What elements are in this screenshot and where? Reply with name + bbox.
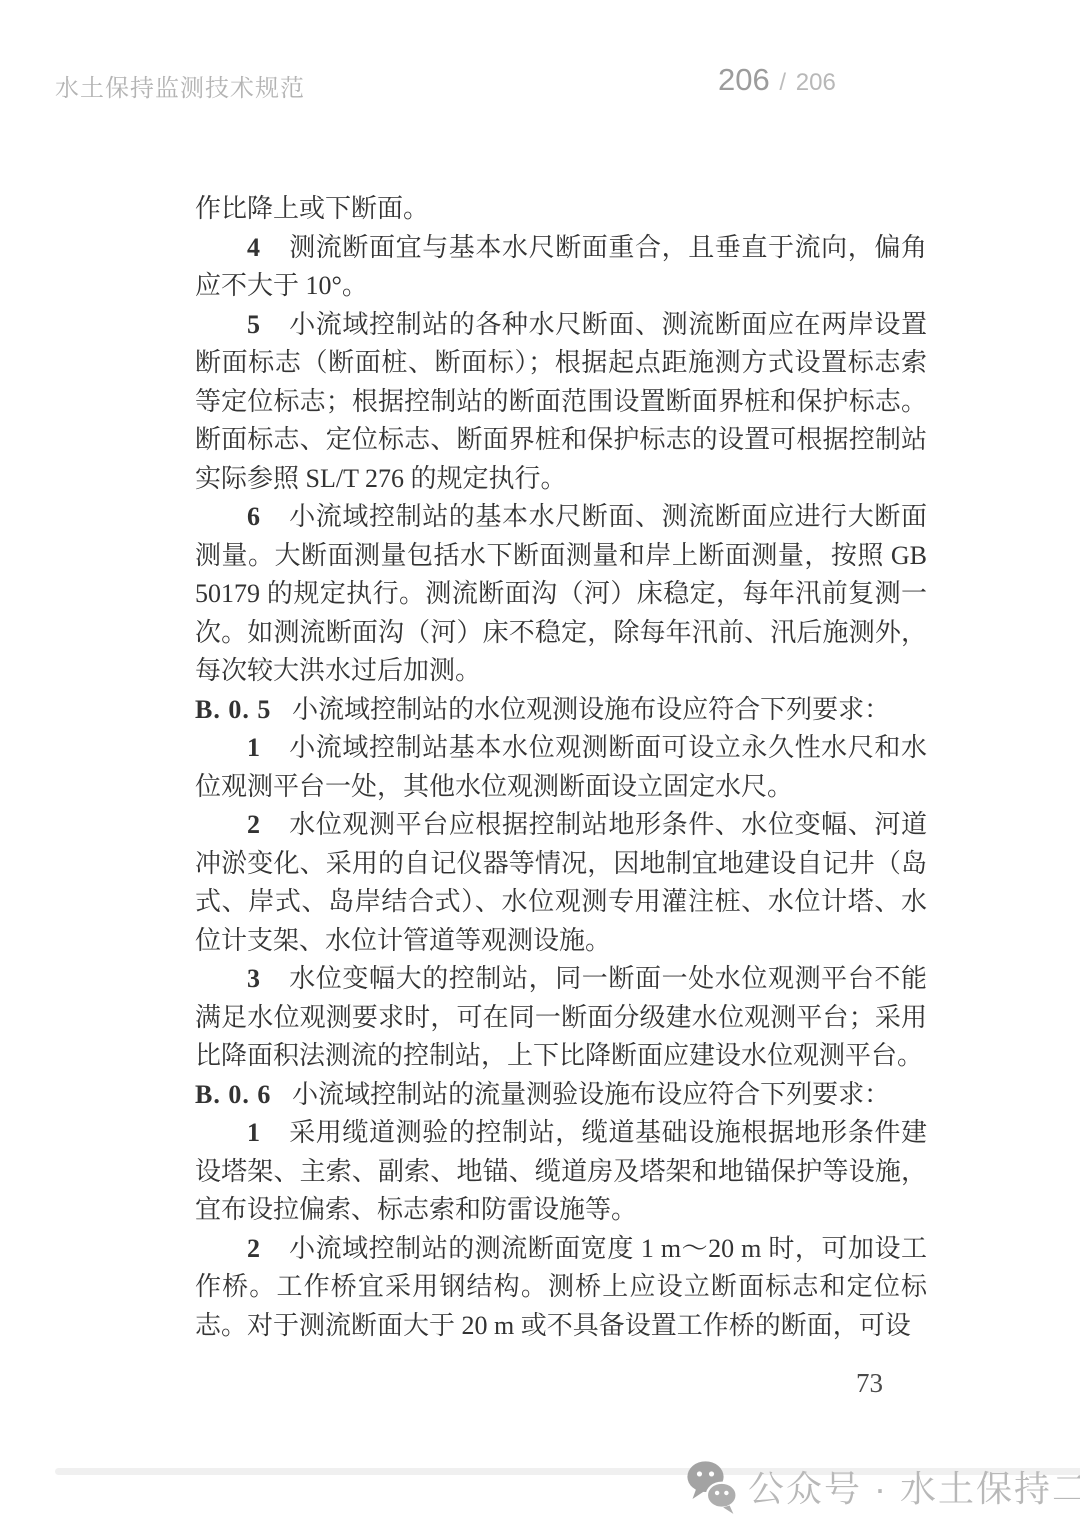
- total-page-count: 206: [796, 69, 836, 96]
- wechat-icon: [686, 1458, 738, 1514]
- item-number: 4: [247, 233, 260, 262]
- paragraph-text: 小流域控制站的流量测验设施布设应符合下列要求：: [292, 1080, 890, 1109]
- paragraph-text: 水位变幅大的控制站，同一断面一处水位观测平台不能满足水位观测要求时，可在同一断面…: [195, 964, 927, 1070]
- printed-page-number: 73: [856, 1368, 883, 1399]
- clause-number: B. 0. 5: [195, 695, 271, 724]
- item-number: 2: [247, 1234, 260, 1263]
- clause-number: B. 0. 6: [195, 1080, 271, 1109]
- item-number: 1: [247, 1118, 260, 1147]
- paragraph-text: 小流域控制站的水位观测设施布设应符合下列要求：: [292, 695, 890, 724]
- document-title: 水土保持监测技术规范: [55, 68, 305, 103]
- paragraph: 6小流域控制站的基本水尺断面、测流断面应进行大断面测量。大断面测量包括水下断面测…: [195, 498, 927, 691]
- item-number: 2: [247, 810, 260, 839]
- page-count-separator: /: [779, 69, 786, 96]
- paragraph-text: 小流域控制站的测流断面宽度 1 m～20 m 时，可加设工作桥。工作桥宜采用钢结…: [195, 1234, 927, 1340]
- paragraph-text: 小流域控制站的各种水尺断面、测流断面应在两岸设置断面标志（断面桩、断面标）；根据…: [195, 310, 927, 493]
- paragraph: 5小流域控制站的各种水尺断面、测流断面应在两岸设置断面标志（断面桩、断面标）；根…: [195, 306, 927, 499]
- paragraph-text: 作比降上或下断面。: [195, 194, 429, 223]
- paragraph: 1小流域控制站基本水位观测断面可设立永久性水尺和水位观测平台一处，其他水位观测断…: [195, 729, 927, 806]
- item-number: 5: [247, 310, 260, 339]
- clause-paragraph: B. 0. 6小流域控制站的流量测验设施布设应符合下列要求：: [195, 1076, 927, 1115]
- paragraph-text: 小流域控制站基本水位观测断面可设立永久性水尺和水位观测平台一处，其他水位观测断面…: [195, 733, 927, 801]
- reader-header: 水土保持监测技术规范 206 / 206: [0, 0, 1080, 120]
- paragraph: 1采用缆道测验的控制站，缆道基础设施根据地形条件建设塔架、主索、副索、地锚、缆道…: [195, 1114, 927, 1230]
- page-progress-indicator: 206 / 206: [718, 62, 836, 98]
- paragraph-text: 采用缆道测验的控制站，缆道基础设施根据地形条件建设塔架、主索、副索、地锚、缆道房…: [195, 1118, 927, 1224]
- paragraph: 2水位观测平台应根据控制站地形条件、水位变幅、河道冲淤变化、采用的自记仪器等情况…: [195, 806, 927, 960]
- paragraph: 作比降上或下断面。: [195, 190, 927, 229]
- paragraph-text: 测流断面宜与基本水尺断面重合，且垂直于流向，偏角应不大于 10°。: [195, 233, 927, 301]
- paragraph-text: 小流域控制站的基本水尺断面、测流断面应进行大断面测量。大断面测量包括水下断面测量…: [195, 502, 927, 685]
- watermark: 公众号 · 水土保持二三: [686, 1458, 1080, 1514]
- item-number: 6: [247, 502, 260, 531]
- paragraph-text: 水位观测平台应根据控制站地形条件、水位变幅、河道冲淤变化、采用的自记仪器等情况，…: [195, 810, 927, 955]
- paragraph: 4测流断面宜与基本水尺断面重合，且垂直于流向，偏角应不大于 10°。: [195, 229, 927, 306]
- paragraph: 3水位变幅大的控制站，同一断面一处水位观测平台不能满足水位观测要求时，可在同一断…: [195, 960, 927, 1076]
- item-number: 1: [247, 733, 260, 762]
- paragraph: 2小流域控制站的测流断面宽度 1 m～20 m 时，可加设工作桥。工作桥宜采用钢…: [195, 1230, 927, 1346]
- current-page-count: 206: [718, 62, 770, 97]
- watermark-text: 公众号 · 水土保持二三: [748, 1461, 1080, 1512]
- document-content: 作比降上或下断面。4测流断面宜与基本水尺断面重合，且垂直于流向，偏角应不大于 1…: [195, 190, 927, 1345]
- item-number: 3: [247, 964, 260, 993]
- document-page: 水土保持监测技术规范 206 / 206 作比降上或下断面。4测流断面宜与基本水…: [0, 0, 1080, 1527]
- clause-paragraph: B. 0. 5小流域控制站的水位观测设施布设应符合下列要求：: [195, 691, 927, 730]
